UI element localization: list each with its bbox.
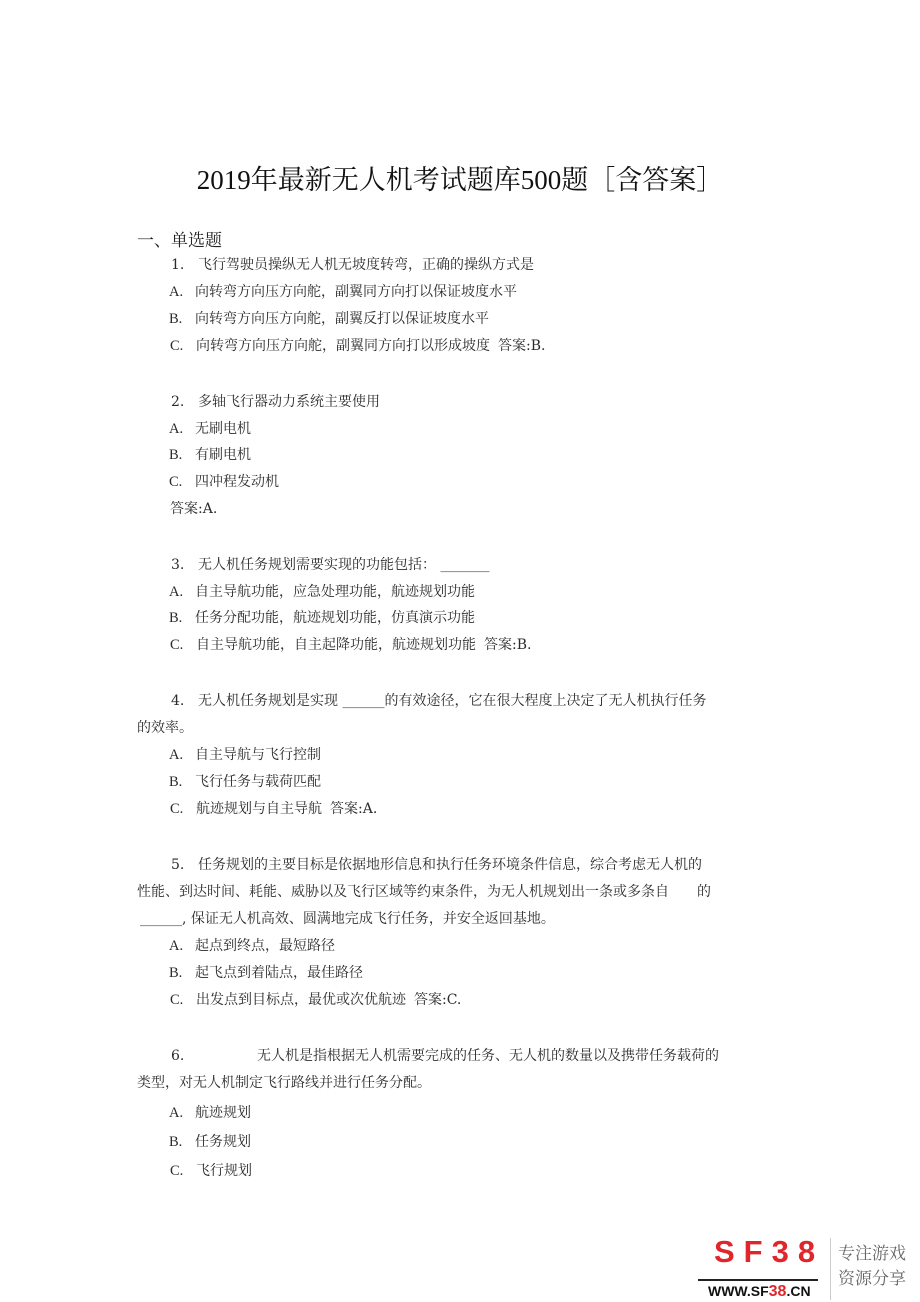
option-c: C.出发点到目标点，最优或次优航迹答案:C. [170,991,461,1009]
question-stem: 4.无人机任务规划是实现 ______的有效途径，它在很大程度上决定了无人机执行… [171,692,706,710]
answer: 答案:C. [414,992,461,1008]
brand-slogan: 专注游戏 资源分享 [838,1242,906,1292]
option-c: C.航迹规划与自主导航答案:A. [170,800,377,818]
document-title: 2019年最新无人机考试题库500题［含答案］ [0,158,920,197]
option-a: A.自主导航与飞行控制 [169,746,321,764]
question-stem-continued: ______, 保证无人机高效、圆满地完成飞行任务，并安全返回基地。 [140,910,555,928]
option-a: A.航迹规划 [169,1104,251,1122]
logo-underline [698,1279,818,1281]
answer: 答案:A. [330,801,377,817]
question-stem-continued: 类型，对无人机制定飞行路线并进行任务分配。 [137,1074,431,1092]
question-number: 3. [171,556,198,574]
question-number: 6. [171,1047,257,1065]
answer: 答案:A. [170,500,217,518]
question-stem: 3.无人机任务规划需要实现的功能包括： _______ [171,556,489,574]
watermark-logo: SF38 WWW.SF38.CN 专注游戏 资源分享 [696,1234,920,1302]
question-stem: 1.飞行驾驶员操纵无人机无坡度转弯，正确的操纵方式是 [171,256,534,274]
option-b: B.飞行任务与载荷匹配 [169,773,321,791]
brand-url: WWW.SF38.CN [708,1283,811,1301]
question-stem-continued: 性能、到达时间、耗能、威胁以及飞行区域等约束条件，为无人机规划出一条或多条自 的 [137,883,711,901]
answer: 答案:B. [498,338,545,354]
option-b: B.有刷电机 [169,446,251,464]
option-c: C.四冲程发动机 [169,473,279,491]
question-number: 5. [171,856,198,874]
question-stem: 2.多轴飞行器动力系统主要使用 [171,393,380,411]
option-b: B.任务规划 [169,1133,251,1151]
option-c: C.向转弯方向压方向舵，副翼同方向打以形成坡度答案:B. [170,337,545,355]
question-stem: 5.任务规划的主要目标是依据地形信息和执行任务环境条件信息，综合考虑无人机的 [171,856,702,874]
question-number: 4. [171,692,198,710]
option-a: A.向转弯方向压方向舵，副翼同方向打以保证坡度水平 [169,283,517,301]
question-number: 2. [171,393,198,411]
option-a: A.起点到终点，最短路径 [169,937,335,955]
option-b: B.起飞点到着陆点，最佳路径 [169,964,363,982]
option-c: C.飞行规划 [170,1162,252,1180]
answer: 答案:B. [484,637,531,653]
option-a: A.无刷电机 [169,420,251,438]
question-stem: 6.无人机是指根据无人机需要完成的任务、无人机的数量以及携带任务载荷的 [171,1047,719,1065]
logo-divider [830,1238,831,1300]
option-b: B.向转弯方向压方向舵，副翼反打以保证坡度水平 [169,310,489,328]
question-number: 1. [171,256,198,274]
option-c: C.自主导航功能，自主起降功能，航迹规划功能答案:B. [170,636,531,654]
option-a: A.自主导航功能，应急处理功能，航迹规划功能 [169,583,475,601]
brand-logo-text: SF38 [714,1234,824,1270]
question-stem-continued: 的效率。 [137,719,193,737]
section-heading: 一、单选题 [137,226,222,251]
option-b: B.任务分配功能，航迹规划功能，仿真演示功能 [169,609,475,627]
